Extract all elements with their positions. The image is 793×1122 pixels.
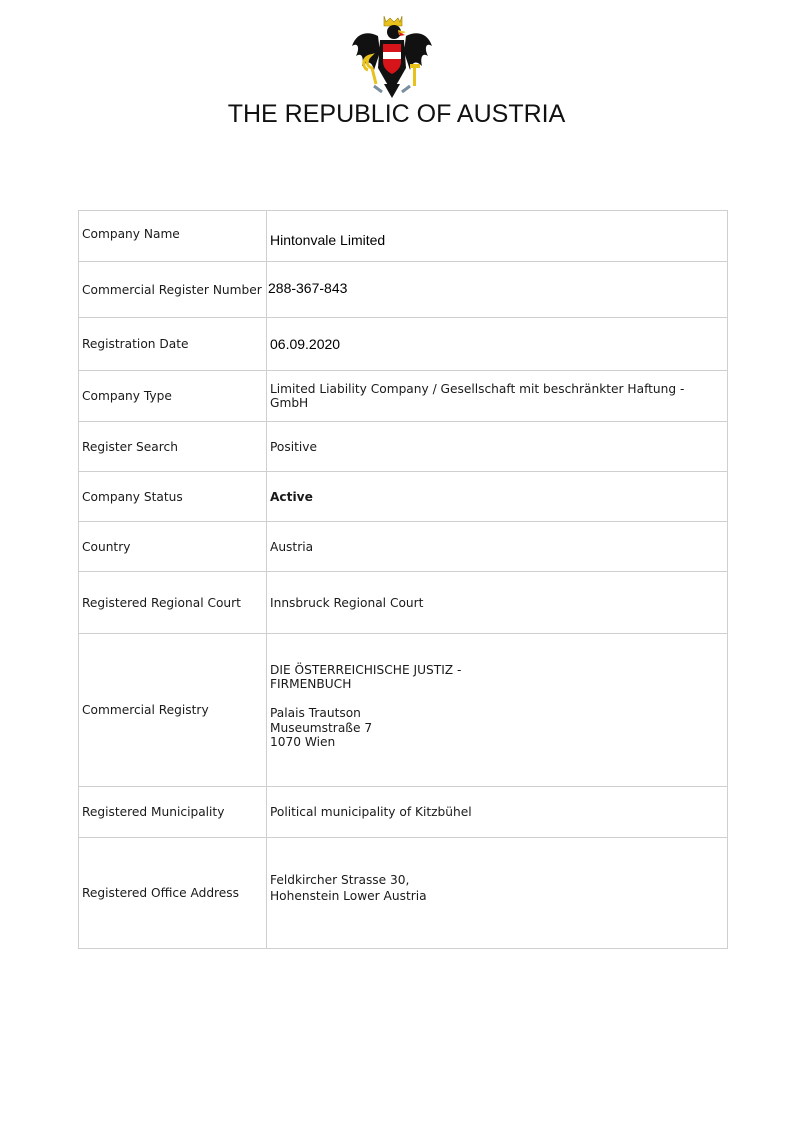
value-commercial-registry: DIE ÖSTERREICHISCHE JUSTIZ - FIRMENBUCH … bbox=[267, 634, 728, 787]
table-row: Company Type Limited Liability Company /… bbox=[79, 371, 728, 422]
table-row: Company Name Hintonvale Limited bbox=[79, 211, 728, 262]
table-row: Registered Regional Court Innsbruck Regi… bbox=[79, 572, 728, 634]
austrian-coat-of-arms-icon bbox=[350, 12, 434, 100]
label-company-type: Company Type bbox=[79, 371, 267, 422]
value-registered-municipality: Political municipality of Kitzbühel bbox=[267, 787, 728, 838]
value-registration-date: 06.09.2020 bbox=[267, 318, 728, 371]
company-registry-table: Company Name Hintonvale Limited Commerci… bbox=[78, 210, 728, 949]
table-row: Commercial Registry DIE ÖSTERREICHISCHE … bbox=[79, 634, 728, 787]
label-commercial-register-number: Commercial Register Number bbox=[79, 262, 267, 318]
value-commercial-register-number: 288-367-843 bbox=[267, 262, 728, 318]
table-row: Registered Municipality Political munici… bbox=[79, 787, 728, 838]
label-company-status: Company Status bbox=[79, 472, 267, 522]
label-company-name: Company Name bbox=[79, 211, 267, 262]
value-registered-regional-court: Innsbruck Regional Court bbox=[267, 572, 728, 634]
value-register-search: Positive bbox=[267, 422, 728, 472]
table-row: Company Status Active bbox=[79, 472, 728, 522]
table-row: Registration Date 06.09.2020 bbox=[79, 318, 728, 371]
table-row: Country Austria bbox=[79, 522, 728, 572]
value-registered-office-address: Feldkircher Strasse 30, Hohenstein Lower… bbox=[267, 838, 728, 949]
label-country: Country bbox=[79, 522, 267, 572]
value-company-type: Limited Liability Company / Gesellschaft… bbox=[267, 371, 728, 422]
table-row: Registered Office Address Feldkircher St… bbox=[79, 838, 728, 949]
label-registered-municipality: Registered Municipality bbox=[79, 787, 267, 838]
table-row: Register Search Positive bbox=[79, 422, 728, 472]
table-row: Commercial Register Number 288-367-843 bbox=[79, 262, 728, 318]
label-commercial-registry: Commercial Registry bbox=[79, 634, 267, 787]
label-register-search: Register Search bbox=[79, 422, 267, 472]
value-company-status: Active bbox=[267, 472, 728, 522]
value-country: Austria bbox=[267, 522, 728, 572]
label-registered-office-address: Registered Office Address bbox=[79, 838, 267, 949]
label-registration-date: Registration Date bbox=[79, 318, 267, 371]
value-company-name: Hintonvale Limited bbox=[267, 211, 728, 262]
label-registered-regional-court: Registered Regional Court bbox=[79, 572, 267, 634]
document-title: THE REPUBLIC OF AUSTRIA bbox=[0, 100, 793, 129]
